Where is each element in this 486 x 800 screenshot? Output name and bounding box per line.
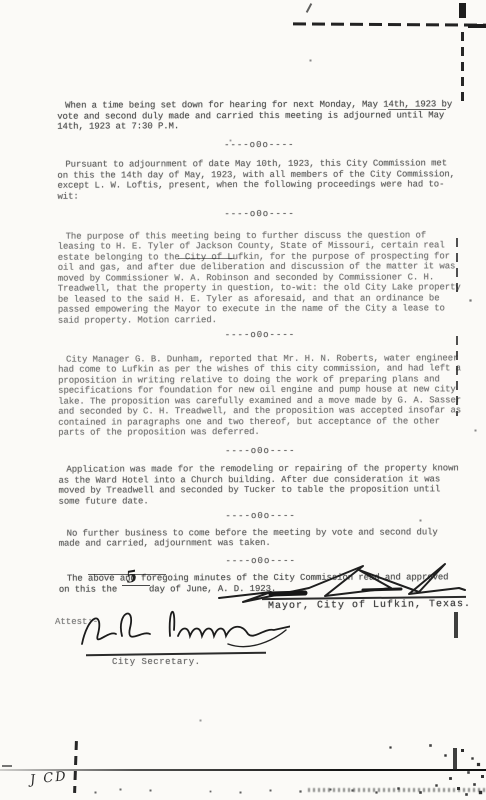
scan-corner-mark xyxy=(459,3,466,18)
scan-stray-stroke xyxy=(306,3,312,13)
underline-mark xyxy=(388,109,446,110)
minutes-paragraph: No further business to come before the m… xyxy=(59,527,463,549)
minutes-paragraph: When a time being set down for hearing f… xyxy=(57,99,461,132)
secretary-title-label: City Secretary. xyxy=(112,657,201,667)
minutes-paragraph: Application was made for the remodeling … xyxy=(58,463,462,506)
underline-mark xyxy=(178,258,234,259)
scan-right-margin-mark xyxy=(456,238,458,294)
scan-right-margin-mark xyxy=(456,336,458,416)
section-separator: ----o0o---- xyxy=(57,139,461,151)
scan-noise-speckles xyxy=(0,0,1,1)
section-separator: ----o0o---- xyxy=(58,208,462,220)
scanned-document-page: When a time being set down for hearing f… xyxy=(0,0,486,800)
scan-smudge-line xyxy=(293,22,486,26)
mayor-title-label: Mayor, City of Lufkin, Texas. xyxy=(268,599,471,612)
section-separator: ----o0o---- xyxy=(58,445,462,457)
scan-right-bottom-bar xyxy=(453,748,457,770)
section-separator: ----o0o---- xyxy=(58,329,462,341)
minutes-paragraph: The purpose of this meeting being to fur… xyxy=(58,230,462,326)
document-body: When a time being set down for hearing f… xyxy=(57,99,463,594)
underline-mark xyxy=(88,574,166,575)
scan-edge-dash xyxy=(2,765,12,767)
secretary-signature xyxy=(78,600,290,656)
scan-edge-dash xyxy=(468,24,486,28)
handwritten-margin-note: J CD xyxy=(29,769,68,788)
day-blank-underline xyxy=(122,585,150,586)
scan-right-margin-mark xyxy=(454,612,458,638)
scan-left-squiggle xyxy=(73,741,78,793)
scan-noise-strip xyxy=(308,788,486,792)
scan-vertical-dashes xyxy=(461,32,464,106)
section-separator: ----o0o---- xyxy=(59,510,463,522)
minutes-paragraph: City Manager G. B. Dunham, reported that… xyxy=(58,353,462,438)
minutes-paragraph: Pursuant to adjournment of date May 10th… xyxy=(57,158,461,201)
